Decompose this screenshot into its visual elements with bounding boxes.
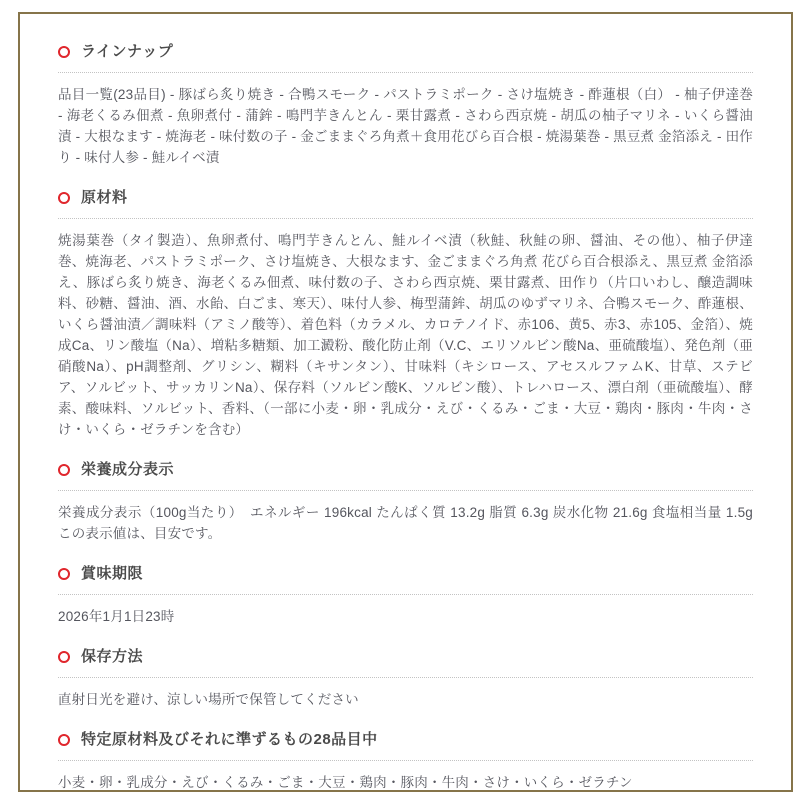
best-before-text: 2026年1月1日23時 bbox=[58, 606, 753, 627]
section-nutrition-header: 栄養成分表示 bbox=[58, 458, 753, 491]
section-nutrition: 栄養成分表示 栄養成分表示（100g当たり） エネルギー 196kcal たんぱ… bbox=[58, 458, 753, 544]
section-best-before: 賞味期限 2026年1月1日23時 bbox=[58, 562, 753, 627]
allergens-text: 小麦・卵・乳成分・えび・くるみ・ごま・大豆・鶏肉・豚肉・牛肉・さけ・いくら・ゼラ… bbox=[58, 772, 753, 792]
section-storage-header: 保存方法 bbox=[58, 645, 753, 678]
section-lineup: ラインナップ 品目一覧(23品目) - 豚ばら炙り焼き - 合鴨スモーク - パ… bbox=[58, 40, 753, 168]
ingredients-text: 焼湯葉巻（タイ製造）、魚卵煮付、鳴門芋きんとん、鮭ルイベ漬（秋鮭、秋鮭の卵、醤油… bbox=[58, 230, 753, 440]
section-ingredients: 原材料 焼湯葉巻（タイ製造）、魚卵煮付、鳴門芋きんとん、鮭ルイベ漬（秋鮭、秋鮭の… bbox=[58, 186, 753, 440]
storage-text: 直射日光を避け、涼しい場所で保管してください bbox=[58, 689, 753, 710]
section-allergens-header: 特定原材料及びそれに準ずるもの28品目中 bbox=[58, 728, 753, 761]
section-storage: 保存方法 直射日光を避け、涼しい場所で保管してください bbox=[58, 645, 753, 710]
circle-bullet-icon bbox=[58, 651, 70, 663]
circle-bullet-icon bbox=[58, 192, 70, 204]
section-title: 特定原材料及びそれに準ずるもの28品目中 bbox=[81, 730, 378, 750]
circle-bullet-icon bbox=[58, 568, 70, 580]
lineup-items-text: 品目一覧(23品目) - 豚ばら炙り焼き - 合鴨スモーク - パストラミポーク… bbox=[58, 84, 753, 168]
nutrition-text: 栄養成分表示（100g当たり） エネルギー 196kcal たんぱく質 13.2… bbox=[58, 502, 753, 544]
section-lineup-header: ラインナップ bbox=[58, 40, 753, 73]
section-best-before-header: 賞味期限 bbox=[58, 562, 753, 595]
circle-bullet-icon bbox=[58, 734, 70, 746]
section-title: 原材料 bbox=[81, 188, 128, 208]
section-title: 栄養成分表示 bbox=[81, 460, 174, 480]
section-allergens: 特定原材料及びそれに準ずるもの28品目中 小麦・卵・乳成分・えび・くるみ・ごま・… bbox=[58, 728, 753, 792]
section-title: ラインナップ bbox=[81, 42, 173, 62]
circle-bullet-icon bbox=[58, 464, 70, 476]
product-info-panel: ラインナップ 品目一覧(23品目) - 豚ばら炙り焼き - 合鴨スモーク - パ… bbox=[18, 12, 793, 792]
section-title: 賞味期限 bbox=[81, 564, 143, 584]
section-title: 保存方法 bbox=[81, 647, 143, 667]
section-ingredients-header: 原材料 bbox=[58, 186, 753, 219]
circle-bullet-icon bbox=[58, 46, 70, 58]
